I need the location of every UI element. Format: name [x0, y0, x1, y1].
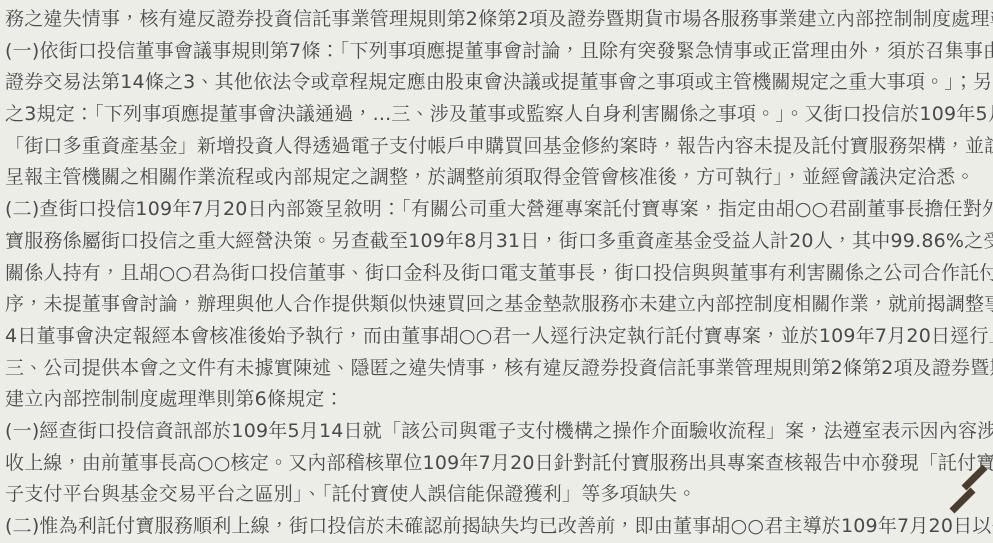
- text-line: 收上線，由前董事長高○○核定。又內部稽核單位109年7月20日針對託付寶服務出具…: [5, 448, 993, 480]
- text-line: (一)依街口投信董事會議事規則第7條：「下列事項應提董事會討論，且除有突發緊急情…: [5, 36, 993, 68]
- text-line: 序，未提董事會討論，辦理與他人合作提供類似快速買回之基金墊款服務亦未建立內部控制…: [5, 289, 993, 321]
- text-line: 關係人持有，且胡○○君為街口投信董事、街口金科及街口電支董事長，街口投信與與董事…: [5, 258, 993, 290]
- text-line: 證券交易法第14條之3、其他依法令或章程規定應由股東會決議或提董事會之事項或主管…: [5, 67, 993, 99]
- text-line: 4日董事會決定報經本會核准後始予執行，而由董事胡○○君一人逕行決定執行託付寶專案…: [5, 321, 993, 353]
- text-line: 呈報主管機關之相關作業流程或內部規定之調整，於調整前須取得金管會核准後，方可執行…: [5, 162, 993, 194]
- text-line: 之3規定：「下列事項應提董事會決議通過，...三、涉及董事或監察人自身利害關係之…: [5, 99, 993, 131]
- text-line: 建立內部控制制度處理準則第6條規定：: [5, 384, 993, 416]
- document-page: 務之違失情事，核有違反證券投資信託事業管理規則第2條第2項及證券暨期貨市場各服務…: [0, 0, 993, 543]
- text-line: 三、公司提供本會之文件有未據實陳述、隱匿之違失情事，核有違反證券投資信託事業管理…: [5, 353, 993, 385]
- text-line: (一)經查街口投信資訊部於109年5月14日就「該公司與電子支付機構之操作介面驗…: [5, 416, 993, 448]
- text-line: 「街口多重資產基金」新增投資人得透過電子支付帳戶申購買回基金修約案時，報告內容未…: [5, 131, 993, 163]
- edit-pencil-button[interactable]: [949, 462, 989, 514]
- text-line: 寶服務係屬街口投信之重大經營決策。另查截至109年8月31日，街口多重資產基金受…: [5, 226, 993, 258]
- text-line: (二)查街口投信109年7月20日內部簽呈敘明：「有關公司重大營運專案託付寶專案…: [5, 194, 993, 226]
- text-line: 務之違失情事，核有違反證券投資信託事業管理規則第2條第2項及證券暨期貨市場各服務…: [5, 4, 993, 36]
- text-line: (二)惟為利託付寶服務順利上線，街口投信於未確認前揭缺失均已改善前，即由董事胡○…: [5, 511, 993, 543]
- text-line: 子支付平台與基金交易平台之區別」、「託付寶使人誤信能保證獲利」等多項缺失。: [5, 479, 993, 511]
- document-text: 務之違失情事，核有違反證券投資信託事業管理規則第2條第2項及證券暨期貨市場各服務…: [5, 4, 993, 543]
- edit-pencil-icon: [949, 462, 989, 514]
